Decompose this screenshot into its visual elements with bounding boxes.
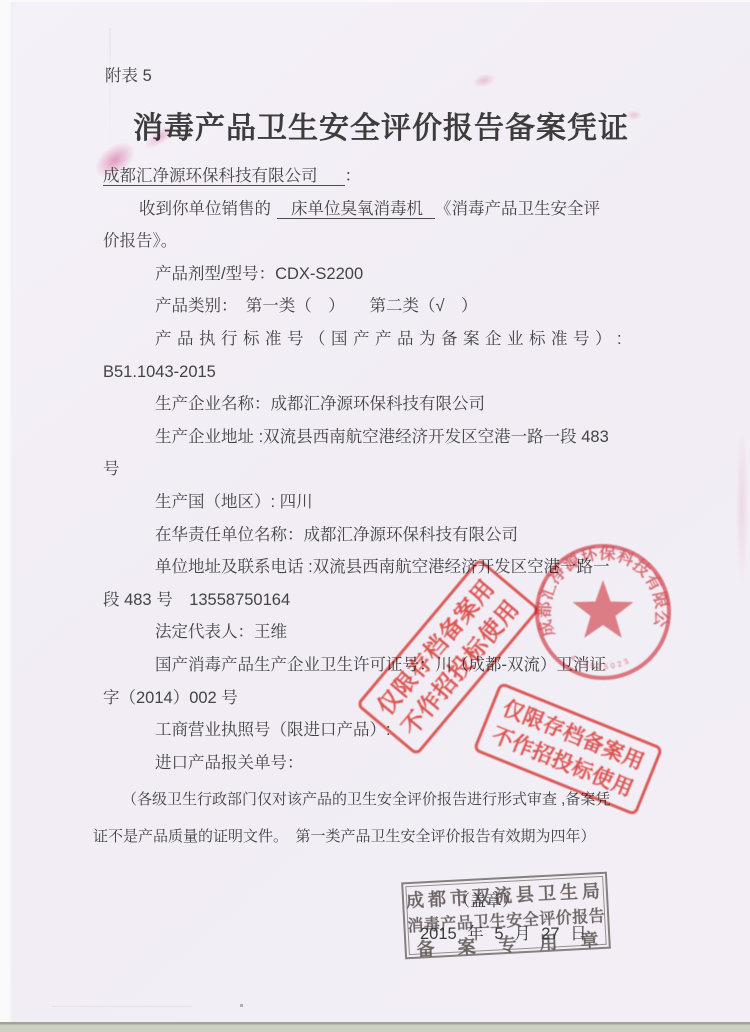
- scan-edge-bottom: [0, 1022, 750, 1032]
- field-line-country: 生产国（地区）: 四川: [103, 486, 655, 519]
- intro-line: 收到你单位销售的床单位臭氧消毒机《消毒产品卫生安全评: [103, 193, 655, 226]
- company-round-seal: 成都汇净源环保科技有限公司 420925023: [523, 532, 683, 692]
- field-line-category: 产品类别： 第一类（ ） 第二类（√ ）: [103, 290, 655, 323]
- star-icon: [573, 580, 634, 638]
- field-line-product-model: 产品剂型/型号：CDX-S2200: [103, 258, 655, 291]
- intro-wrap-line: 价报告》。: [103, 225, 655, 258]
- scan-edge-top: [0, 0, 750, 2]
- ink-stain: [626, 110, 642, 120]
- filing-date: 2015 年 5 月 27 日: [420, 920, 587, 944]
- seal-serial-number: 420925023: [569, 653, 632, 671]
- field-line-address-wrap: 号: [103, 453, 655, 486]
- ink-stain: [736, 430, 748, 580]
- seal-placeholder-label: （盖章）: [454, 888, 518, 911]
- recipient-line: 成都汇净源环保科技有限公司：: [103, 160, 655, 193]
- paper-crease: [52, 1006, 192, 1007]
- scan-speck: [240, 1004, 243, 1007]
- field-line-standard-no: 产品执行标准号（国产产品为备案企业标准号）:: [103, 323, 655, 356]
- field-line-manufacturer: 生产企业名称：成都汇净源环保科技有限公司: [103, 388, 655, 421]
- product-name: 床单位臭氧消毒机: [277, 200, 435, 219]
- intro-prefix: 收到你单位销售的: [139, 200, 271, 218]
- scan-edge-left: [0, 0, 13, 1032]
- footnote-line: 证不是产品质量的证明文件。 第一类产品卫生安全评价报告有效期为四年）: [93, 818, 665, 855]
- field-line-standard-value: B51.1043-2015: [103, 356, 655, 389]
- intro-suffix: 《消毒产品卫生安全评: [435, 200, 600, 218]
- recipient-colon: ：: [345, 167, 362, 185]
- form-label: 附表 5: [105, 62, 152, 86]
- health-bureau-stamp: 成都市双流县卫生局 消毒产品卫生安全评价报告 备案专用章: [401, 872, 611, 960]
- field-line-address: 生产企业地址 :双流县西南航空港经济开发区空港一路一段 483: [103, 421, 655, 454]
- recipient-name: 成都汇净源环保科技有限公司: [103, 167, 345, 186]
